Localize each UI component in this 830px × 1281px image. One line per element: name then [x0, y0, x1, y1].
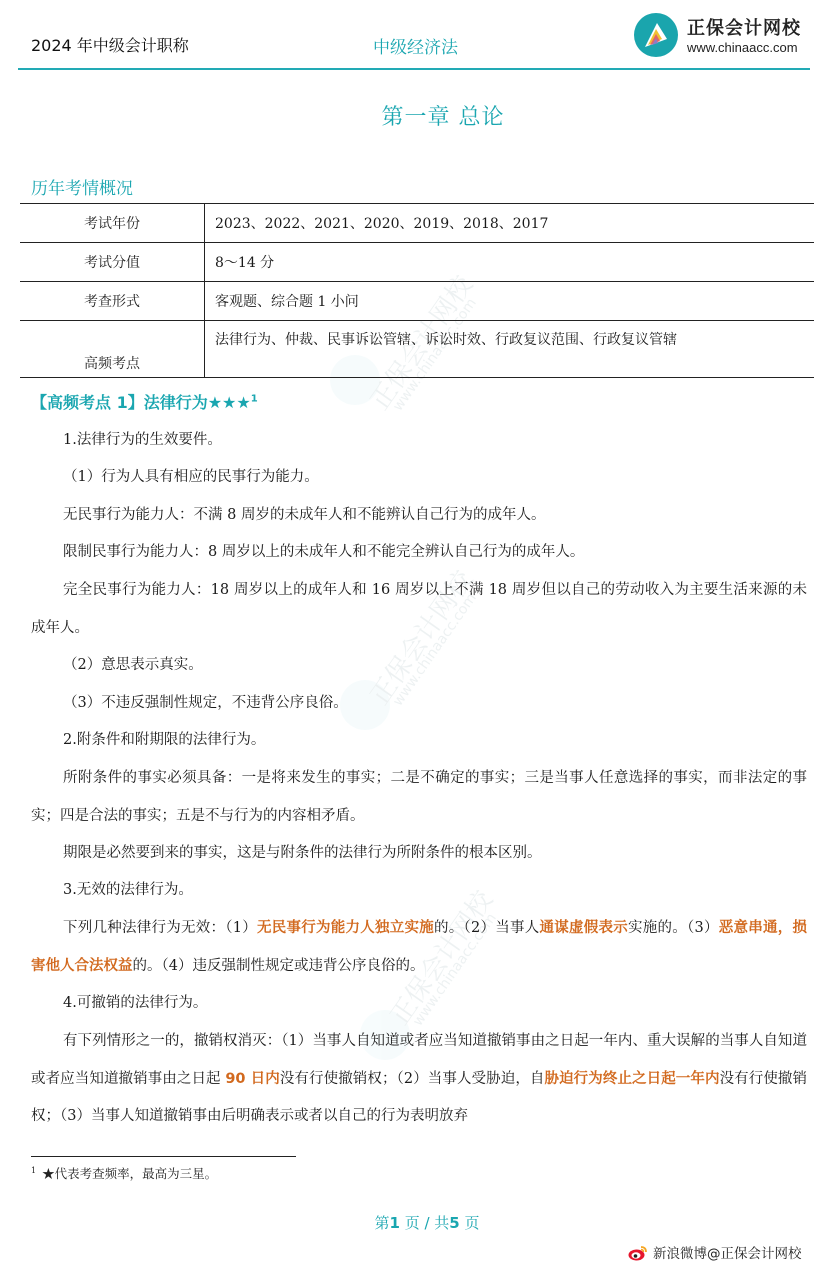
logo-name: 正保会计网校 [687, 14, 801, 40]
topic-heading-text: 【高频考点 1】法律行为★★★ [31, 393, 251, 412]
logo-emblem-icon [634, 13, 678, 57]
current-page: 1 [389, 1214, 399, 1232]
weibo-credit: 新浪微博@正保会计网校 [628, 1242, 802, 1262]
brand-logo: 正保会计网校 www.chinaacc.com [634, 10, 814, 60]
table-value: 客观题、综合题 1 小问 [205, 282, 815, 321]
footnote-ref[interactable]: 1 [251, 394, 258, 405]
table-row: 考试年份 2023、2022、2021、2020、2019、2018、2017 [20, 204, 814, 243]
subject-title: 中级经济法 [373, 33, 458, 58]
table-value: 2023、2022、2021、2020、2019、2018、2017 [205, 204, 815, 243]
footnote-number: 1 [31, 1166, 36, 1175]
exam-overview-table: 考试年份 2023、2022、2021、2020、2019、2018、2017 … [20, 203, 814, 378]
highlight: 胁迫行为终止之日起一年内 [545, 1071, 720, 1087]
table-row: 考试分值 8～14 分 [20, 243, 814, 282]
paragraph-invalid-acts: 下列几种法律行为无效：（1）无民事行为能力人独立实施的。（2）当事人通谋虚假表示… [31, 910, 807, 985]
paragraph: 限制民事行为能力人：8 周岁以上的未成年人和不能完全辨认自己行为的成年人。 [31, 534, 807, 572]
topic-heading: 【高频考点 1】法律行为★★★1 [31, 390, 258, 413]
section-title: 历年考情概况 [31, 174, 133, 199]
table-key: 高频考点 [20, 321, 205, 378]
page-indicator: 第1 页 / 共5 页 [0, 1212, 830, 1233]
paragraph: （1）行为人具有相应的民事行为能力。 [31, 459, 807, 497]
footnote-text: ★代表考查频率，最高为三星。 [42, 1166, 217, 1181]
paragraph: 完全民事行为能力人：18 周岁以上的成年人和 16 周岁以上不满 18 周岁但以… [31, 572, 807, 647]
footnote-divider [31, 1156, 296, 1157]
footnote: 1★代表考查频率，最高为三星。 [31, 1164, 217, 1182]
paragraph: 无民事行为能力人：不满 8 周岁的未成年人和不能辨认自己行为的成年人。 [31, 497, 807, 535]
table-key: 考试年份 [20, 204, 205, 243]
highlight: 无民事行为能力人独立实施 [257, 920, 434, 936]
paragraph: 所附条件的事实必须具备：一是将来发生的事实；二是不确定的事实；三是当事人任意选择… [31, 760, 807, 835]
page-header: 2024 年中级会计职称 中级经济法 正保会计网校 www.chinaacc.c… [0, 0, 830, 68]
paragraph: 期限是必然要到来的事实，这是与附条件的法律行为所附条件的根本区别。 [31, 835, 807, 873]
table-key: 考查形式 [20, 282, 205, 321]
header-divider [18, 68, 810, 70]
paragraph-revocable-acts: 有下列情形之一的，撤销权消灭：（1）当事人自知道或者应当知道撤销事由之日起一年内… [31, 1023, 807, 1136]
weibo-text: 新浪微博@正保会计网校 [653, 1246, 802, 1262]
paragraph: （2）意思表示真实。 [31, 647, 807, 685]
highlight: 90 日内 [225, 1071, 280, 1087]
weibo-icon [628, 1245, 648, 1261]
paragraph: 1.法律行为的生效要件。 [31, 422, 807, 460]
exam-title: 2024 年中级会计职称 [31, 33, 189, 56]
chapter-title: 第一章 总论 [0, 100, 830, 131]
highlight: 通谋虚假表示 [540, 920, 629, 936]
table-value: 法律行为、仲裁、民事诉讼管辖、诉讼时效、行政复议范围、行政复议管辖 [205, 321, 815, 378]
total-pages: 5 [449, 1214, 459, 1232]
logo-url: www.chinaacc.com [687, 40, 798, 55]
table-value: 8～14 分 [205, 243, 815, 282]
table-key: 考试分值 [20, 243, 205, 282]
paragraph: 4.可撤销的法律行为。 [31, 985, 807, 1023]
paragraph: 2.附条件和附期限的法律行为。 [31, 722, 807, 760]
table-row: 高频考点 法律行为、仲裁、民事诉讼管辖、诉讼时效、行政复议范围、行政复议管辖 [20, 321, 814, 378]
paragraph: 3.无效的法律行为。 [31, 872, 807, 910]
paragraph: （3）不违反强制性规定，不违背公序良俗。 [31, 685, 807, 723]
table-row: 考查形式 客观题、综合题 1 小问 [20, 282, 814, 321]
